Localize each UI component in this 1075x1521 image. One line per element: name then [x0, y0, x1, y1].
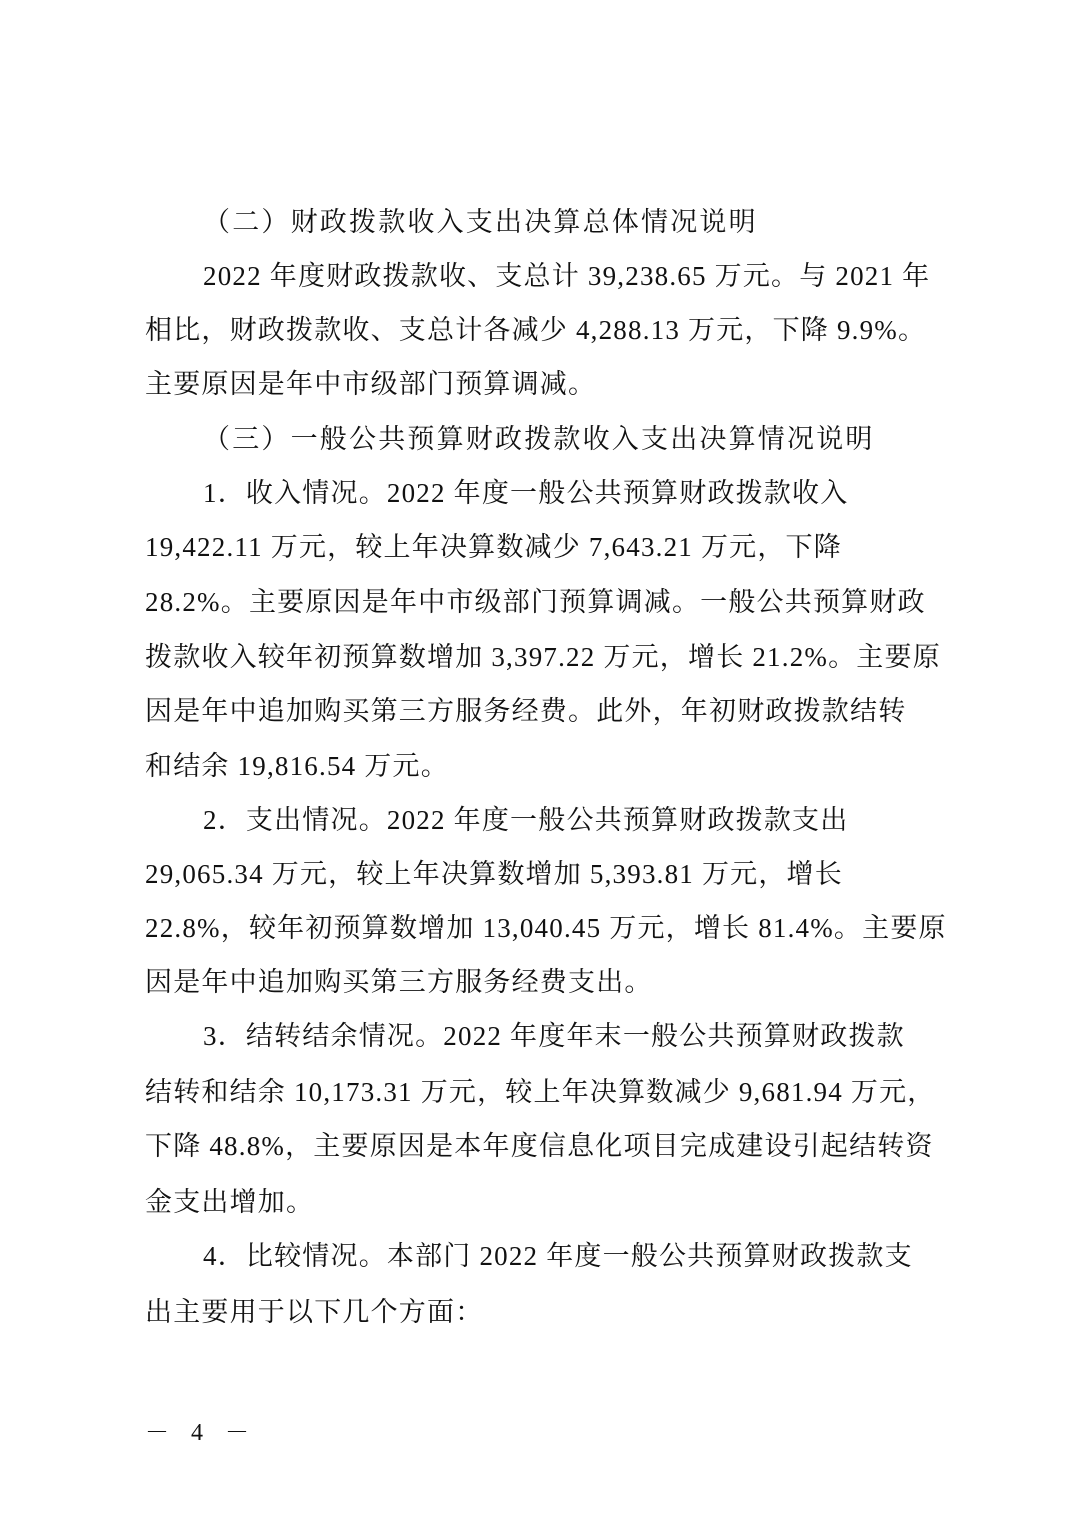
paragraph-line: 和结余 19,816.54 万元。 — [145, 749, 449, 783]
section-heading-3: （三）一般公共预算财政拨款收入支出决算情况说明 — [203, 422, 875, 456]
paragraph-line: 因是年中追加购买第三方服务经费支出。 — [145, 965, 653, 999]
paragraph-line: 2022 年度财政拨款收、支总计 39,238.65 万元。与 2021 年 — [203, 259, 930, 293]
paragraph-line: 3．结转结余情况。2022 年度年末一般公共预算财政拨款 — [203, 1019, 905, 1053]
paragraph-line: 出主要用于以下几个方面： — [145, 1295, 483, 1329]
paragraph-line: 主要原因是年中市级部门预算调减。 — [145, 367, 596, 401]
page-number: － 4 － — [145, 1412, 257, 1447]
paragraph-line: 1．收入情况。2022 年度一般公共预算财政拨款收入 — [203, 476, 848, 510]
paragraph-line: 相比，财政拨款收、支总计各减少 4,288.13 万元，下降 9.9%。 — [145, 313, 926, 347]
paragraph-line: 拨款收入较年初预算数增加 3,397.22 万元，增长 21.2%。主要原 — [145, 640, 941, 674]
paragraph-line: 2．支出情况。2022 年度一般公共预算财政拨款支出 — [203, 803, 848, 837]
paragraph-line: 22.8%，较年初预算数增加 13,040.45 万元，增长 81.4%。主要原 — [145, 911, 947, 945]
paragraph-line: 28.2%。主要原因是年中市级部门预算调减。一般公共预算财政 — [145, 585, 926, 619]
paragraph-line: 下降 48.8%，主要原因是本年度信息化项目完成建设引起结转资 — [145, 1129, 934, 1163]
paragraph-line: 结转和结余 10,173.31 万元，较上年决算数减少 9,681.94 万元， — [145, 1075, 936, 1109]
paragraph-line: 金支出增加。 — [145, 1185, 314, 1219]
document-page: （二）财政拨款收入支出决算总体情况说明 2022 年度财政拨款收、支总计 39,… — [0, 0, 1075, 1521]
section-heading-2: （二）财政拨款收入支出决算总体情况说明 — [203, 205, 758, 239]
paragraph-line: 19,422.11 万元，较上年决算数减少 7,643.21 万元，下降 — [145, 530, 842, 564]
paragraph-line: 29,065.34 万元，较上年决算数增加 5,393.81 万元，增长 — [145, 857, 843, 891]
paragraph-line: 4．比较情况。本部门 2022 年度一般公共预算财政拨款支 — [203, 1239, 913, 1273]
paragraph-line: 因是年中追加购买第三方服务经费。此外，年初财政拨款结转 — [145, 694, 906, 728]
